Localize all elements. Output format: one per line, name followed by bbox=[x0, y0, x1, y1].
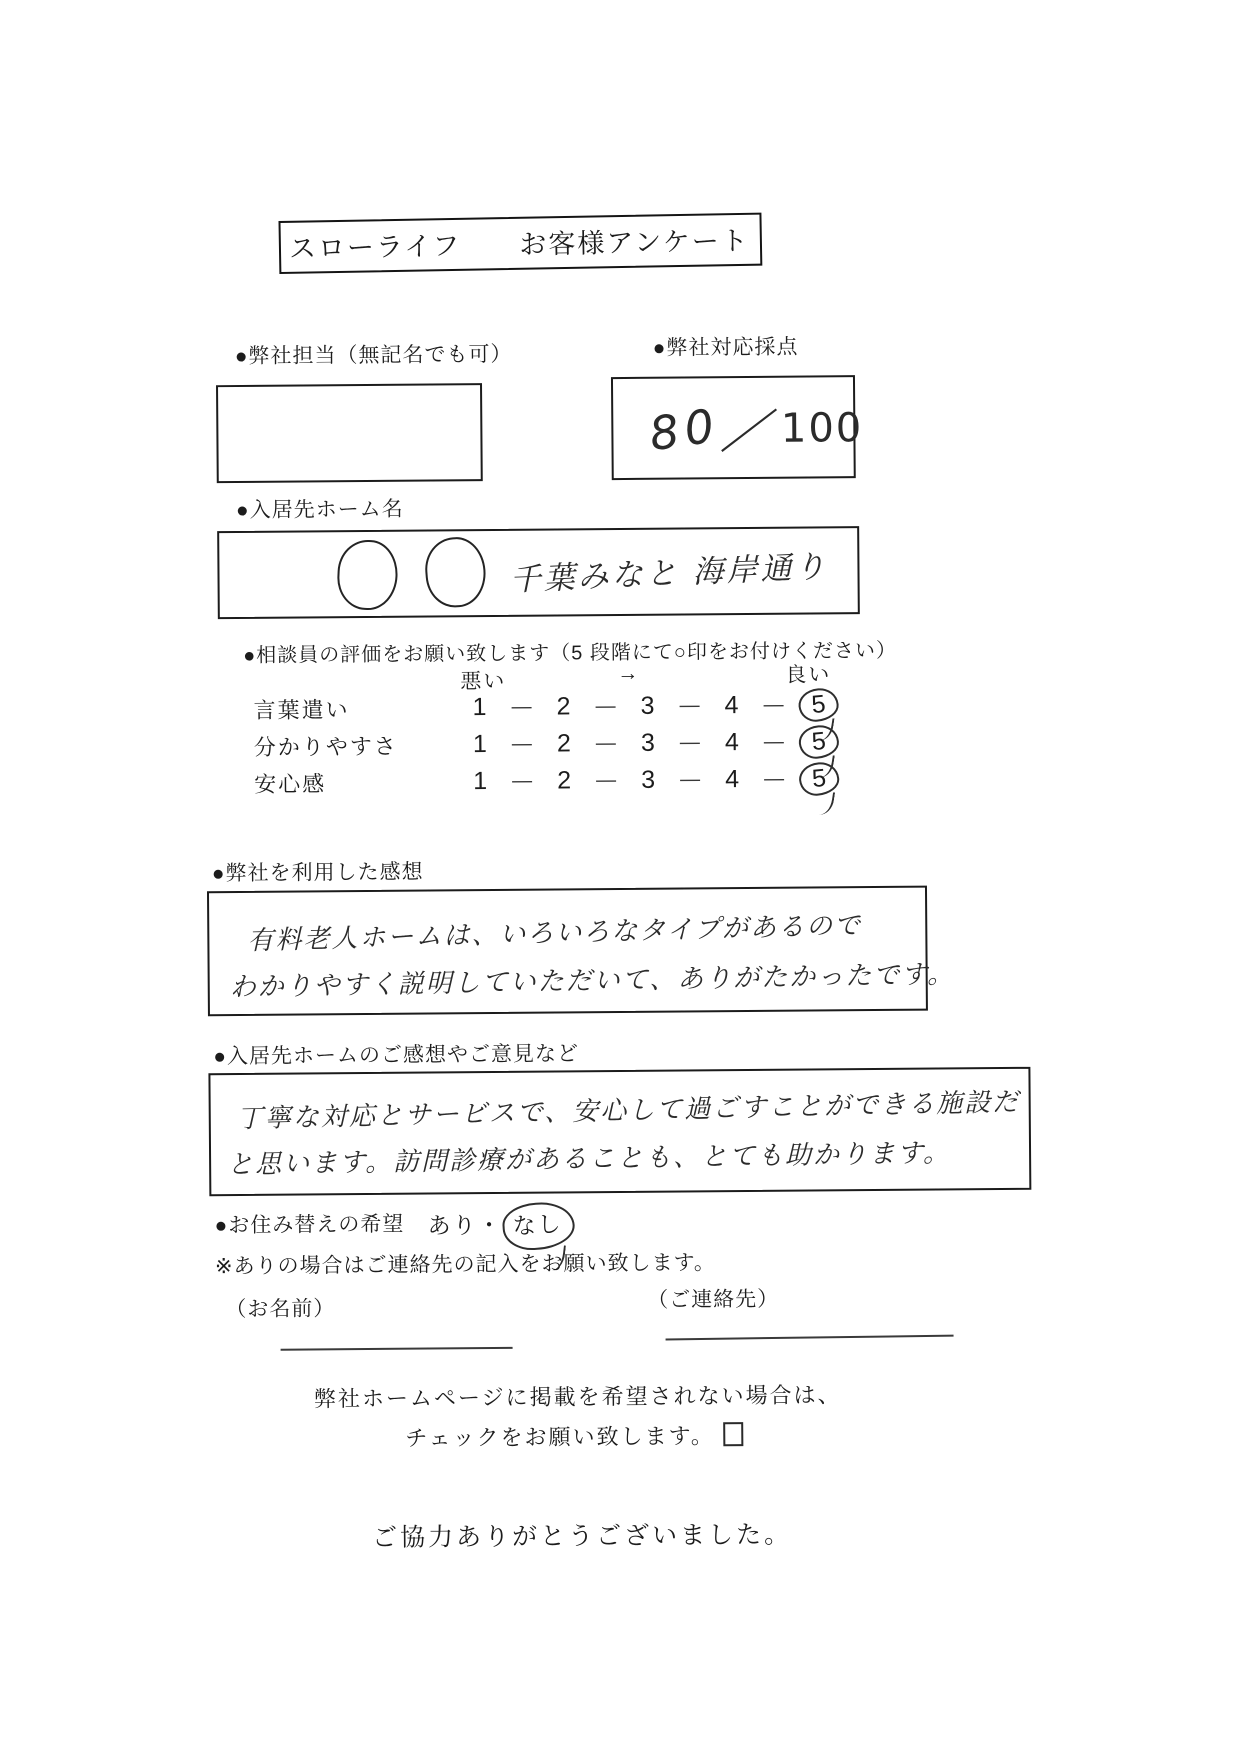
staff-input-box[interactable] bbox=[216, 383, 483, 483]
publish-note-line1: 弊社ホームページに掲載を希望されない場合は、 bbox=[314, 1378, 842, 1413]
home-name-handwritten: 千葉みなと 海岸通り bbox=[509, 541, 829, 600]
scale-value-1[interactable]: 1 bbox=[459, 767, 501, 796]
rating-rows: 言葉遣い1—2—3—4—5分かりやすさ1—2—3—4—5安心感1—2—3—4—5 bbox=[253, 686, 874, 802]
scale-separator: — bbox=[668, 694, 710, 717]
rating-row: 言葉遣い1—2—3—4—5 bbox=[253, 686, 873, 728]
scale-value-5-circled[interactable]: 5 bbox=[797, 687, 840, 724]
scale-separator: — bbox=[500, 696, 542, 719]
score-box[interactable]: 80 ／ 100 bbox=[611, 375, 856, 480]
impression-box[interactable]: 有料老人ホームは、いろいろなタイプがあるので わかりやすく説明していただいて、あ… bbox=[207, 886, 928, 1017]
name-write-line[interactable] bbox=[280, 1329, 512, 1351]
impression-handwritten-line: わかりやすく説明していただいて、ありがたかったです。 bbox=[229, 954, 955, 1004]
relocation-note: ※ありの場合はご連絡先の記入をお願い致します。 bbox=[215, 1246, 716, 1280]
closing-message: ご協力ありがとうございました。 bbox=[372, 1515, 792, 1554]
home-feedback-box[interactable]: 丁寧な対応とサービスで、安心して過ごすことができる施設だ と思います。訪問診療が… bbox=[208, 1067, 1031, 1196]
scale-value-3[interactable]: 3 bbox=[626, 692, 668, 721]
survey-sheet: スローライフ お客様アンケート ●弊社担当（無記名でも可） ●弊社対応採点 80… bbox=[0, 0, 1241, 1755]
scale-value-5-circled[interactable]: 5 bbox=[798, 761, 841, 798]
relocation-option-dot: ・ bbox=[478, 1212, 503, 1238]
rating-scale-good: 良い bbox=[785, 658, 831, 688]
contact-label: （ご連絡先） bbox=[647, 1283, 779, 1314]
rating-row-label: 言葉遣い bbox=[253, 692, 458, 725]
scale-value-2[interactable]: 2 bbox=[543, 766, 585, 795]
home-feedback-label: ●入居先ホームのご感想やご意見など bbox=[213, 1037, 579, 1070]
contact-write-line[interactable] bbox=[665, 1317, 953, 1341]
scale-separator: — bbox=[501, 770, 543, 793]
scale-value-4[interactable]: 4 bbox=[710, 691, 752, 720]
scale-separator: — bbox=[584, 695, 626, 718]
name-label: （お名前） bbox=[225, 1292, 335, 1323]
home-feedback-handwritten-line: 丁寧な対応とサービスで、安心して過ごすことができる施設だ bbox=[236, 1081, 1020, 1135]
drawn-circle bbox=[336, 539, 399, 612]
scale-separator: — bbox=[669, 731, 711, 754]
impression-label: ●弊社を利用した感想 bbox=[212, 856, 424, 888]
scale-separator: — bbox=[753, 731, 795, 754]
rating-scale-arrow: → bbox=[617, 662, 640, 686]
scale-value-1[interactable]: 1 bbox=[459, 730, 501, 759]
scale-separator: — bbox=[752, 694, 794, 717]
scale-separator: — bbox=[753, 768, 795, 791]
scale-separator: — bbox=[585, 732, 627, 755]
scale-value-4[interactable]: 4 bbox=[711, 728, 753, 757]
page-title: スローライフ お客様アンケート bbox=[278, 213, 762, 274]
impression-handwritten-line: 有料老人ホームは、いろいろなタイプがあるので bbox=[247, 905, 862, 958]
scale-separator: — bbox=[501, 733, 543, 756]
drawn-circle bbox=[423, 535, 488, 609]
rating-row: 安心感1—2—3—4—5 bbox=[254, 760, 874, 802]
publish-opt-out-checkbox[interactable] bbox=[723, 1422, 743, 1446]
score-value-handwritten: 80 bbox=[646, 397, 724, 461]
publish-note-line2: チェックをお願い致します。 bbox=[405, 1423, 715, 1450]
home-feedback-handwritten-line: と思います。訪問診療があることも、とても助かります。 bbox=[227, 1132, 951, 1181]
scale-separator: — bbox=[669, 768, 711, 791]
scale-separator: — bbox=[585, 769, 627, 792]
relocation-option-no-circled[interactable]: なし bbox=[501, 1201, 576, 1252]
score-label: ●弊社対応採点 bbox=[653, 331, 799, 362]
home-name-box[interactable]: 千葉みなと 海岸通り bbox=[217, 526, 860, 619]
scale-value-3[interactable]: 3 bbox=[627, 766, 669, 795]
scale-value-2[interactable]: 2 bbox=[543, 729, 585, 758]
rating-row-label: 分かりやすさ bbox=[254, 729, 459, 762]
scale-value-4[interactable]: 4 bbox=[711, 765, 753, 794]
relocation-option-yes[interactable]: あり bbox=[428, 1212, 478, 1238]
scale-value-2[interactable]: 2 bbox=[542, 692, 584, 721]
home-name-label: ●入居先ホーム名 bbox=[236, 493, 404, 524]
scale-value-5-circled[interactable]: 5 bbox=[797, 724, 840, 761]
rating-row: 分かりやすさ1—2—3—4—5 bbox=[254, 723, 874, 765]
rating-row-label: 安心感 bbox=[254, 766, 459, 799]
scale-value-3[interactable]: 3 bbox=[627, 729, 669, 758]
score-max-handwritten: 100 bbox=[781, 405, 864, 452]
scale-value-1[interactable]: 1 bbox=[458, 693, 500, 722]
staff-label: ●弊社担当（無記名でも可） bbox=[235, 338, 513, 370]
score-slash-handwritten: ／ bbox=[717, 387, 784, 471]
relocation-label: ●お住み替えの希望 bbox=[214, 1208, 404, 1239]
